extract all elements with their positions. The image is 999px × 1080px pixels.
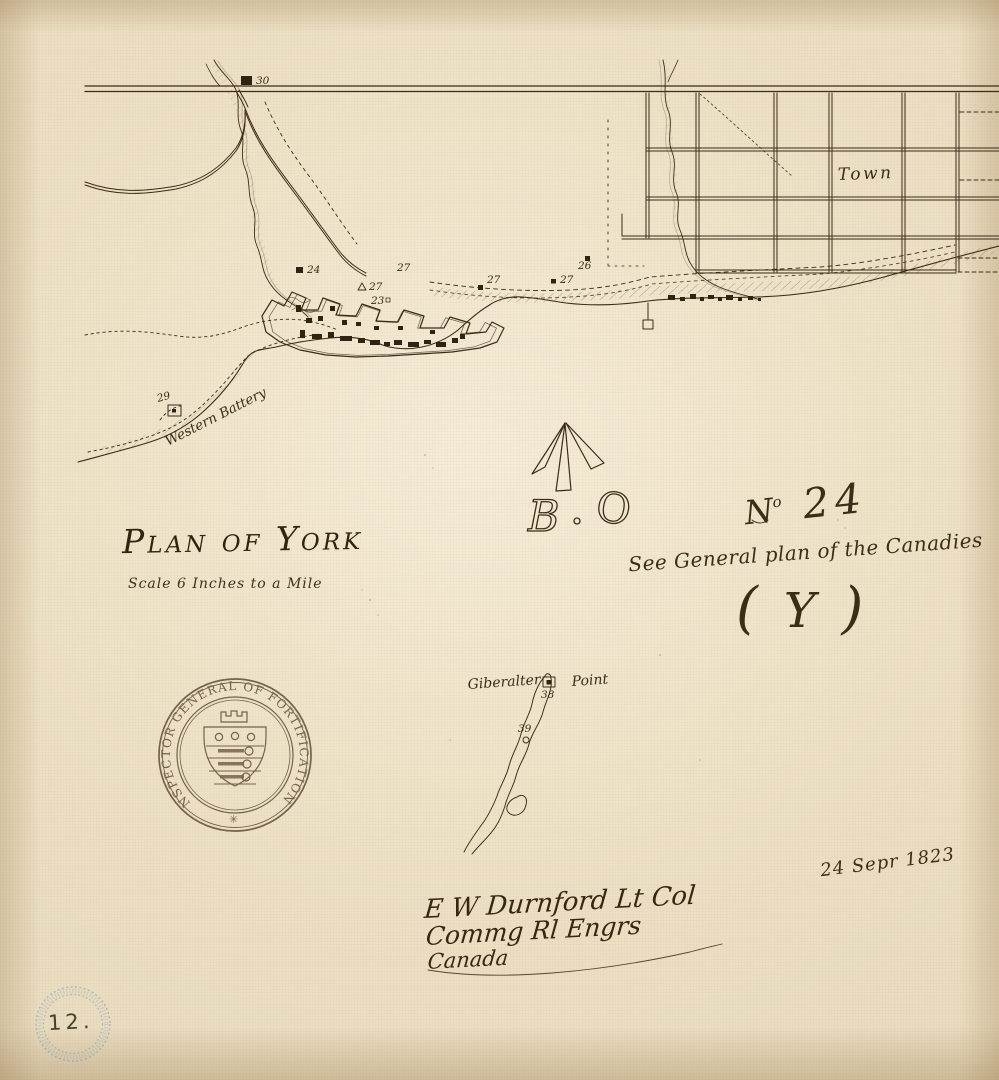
sheet-number-superscript: o [772,493,783,512]
seal-crest [204,711,266,786]
top-road [85,86,999,92]
map-scale-note: Scale 6 Inches to a Mile [128,576,323,592]
shore-bank-hatch-east [436,250,990,298]
map-title: Plan of York [122,518,364,561]
map-marker: 27 [478,274,501,290]
svg-text:23: 23 [370,295,385,307]
map-marker: 29 [155,390,181,416]
svg-text:27: 27 [486,274,501,286]
signature-block: E W Durnford Lt Col Commg Rl Engrs Canad… [419,883,697,973]
map-sheet: B O 30 27 27 27 [0,0,999,1080]
garrison-creek [206,60,316,318]
western-roads [85,90,366,276]
map-marker: 27 [358,281,383,293]
map-marker: 26 [577,256,592,272]
dotted-trails [85,319,338,452]
town-label: Town [837,163,893,185]
svg-text:26: 26 [577,260,592,272]
series-mark: ( Y ) [736,576,863,641]
series-open-paren: ( [736,576,758,641]
map-marker: 27 [396,262,411,274]
seal-legend: INSPECTOR GENERAL OF FORTIFICATIONS [0,0,311,810]
map-marker: 24 [296,264,320,276]
inspector-general-seal: INSPECTOR GENERAL OF FORTIFICATIONS ✳ [0,0,311,831]
svg-text:39: 39 [518,723,532,735]
map-marker: 30 [241,75,270,87]
svg-text:27: 27 [368,281,383,293]
map-marker: 39 [518,723,532,735]
bo-letter-o: O [592,481,634,535]
series-letter: Y [784,583,816,639]
svg-text:27: 27 [396,262,411,274]
wharf [643,303,653,329]
board-of-ordnance-mark: B O [527,481,635,542]
svg-text:24: 24 [306,264,320,276]
svg-text:27: 27 [559,274,574,286]
gibraltar-label-left: Giberalter [467,672,542,693]
archive-page-number: 12. [47,1009,94,1035]
sheet-number-prefix: N [743,491,776,533]
map-marker: 27 [551,274,574,286]
bo-letter-b: B [527,492,560,542]
series-close-paren: ) [842,576,864,641]
seal-star: ✳ [229,813,238,826]
map-marker: 23 [370,295,390,307]
sheet-number-value: 24 [801,474,870,528]
broad-arrow-icon [532,423,604,491]
town-creek [659,60,760,300]
svg-text:30: 30 [256,75,270,87]
gibraltar-label-right: Point [570,671,609,690]
map-marker: 38 [541,689,555,701]
svg-text:29: 29 [155,390,172,405]
svg-text:38: 38 [541,689,555,701]
